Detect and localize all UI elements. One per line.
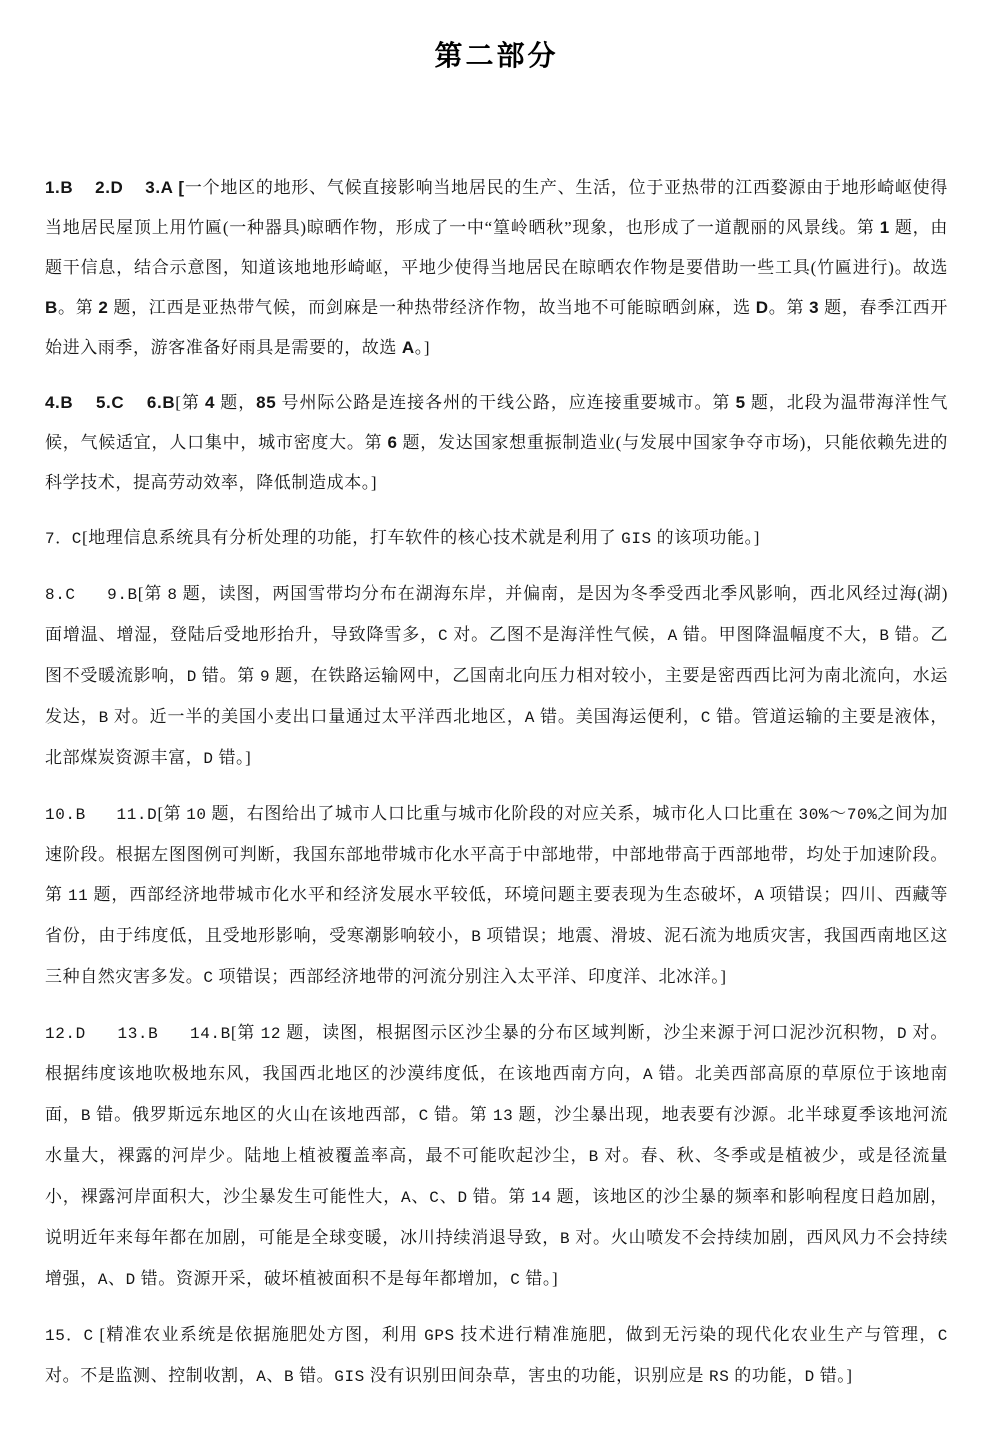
answer-key-text: A: [643, 1066, 653, 1084]
explanation-text: 错。第: [468, 1187, 532, 1206]
answer-key-text: 10.B 11.D: [45, 806, 157, 824]
answer-key-text: 5: [736, 393, 746, 412]
answer-key-text: 85: [256, 393, 276, 412]
explanation-text: 。第: [769, 298, 809, 317]
answer-key-text: A: [256, 1368, 266, 1386]
answer-key-text: RS: [709, 1368, 729, 1386]
explanation-text: 项错误；西部经济地带的河流分别注入太平洋、印度洋、北冰洋。]: [214, 967, 727, 986]
answer-key-text: C: [419, 1107, 429, 1125]
answer-key-text: A: [525, 709, 535, 727]
answer-key-text: 1.B 2.D 3.A [: [45, 178, 185, 197]
explanation-text: 。第: [58, 298, 98, 317]
answer-paragraph-answers-10-11: 10.B 11.D[第 10 题，右图给出了城市人口比重与城市化阶段的对应关系，…: [45, 794, 948, 998]
answer-key-text: D: [126, 1271, 136, 1289]
answer-key-text: GPS: [424, 1327, 455, 1345]
answer-key-text: 12.D 13.B 14.B: [45, 1025, 231, 1043]
answer-key-text: 8.C 9.B: [45, 586, 138, 604]
answer-key-text: 10: [186, 806, 206, 824]
answer-explanations: 1.B 2.D 3.A [一个地区的地形、气候直接影响当地居民的生产、生活，位于…: [45, 168, 948, 1397]
answer-key-text: 13: [493, 1107, 513, 1125]
answer-paragraph-answer-7: 7．C[地理信息系统具有分析处理的功能，打车软件的核心技术就是利用了 GIS 的…: [45, 518, 948, 559]
answer-paragraph-answers-4-6: 4.B 5.C 6.B[第 4 题，85 号州际公路是连接各州的干线公路，应连接…: [45, 383, 948, 503]
document-page: 第二部分 1.B 2.D 3.A [一个地区的地形、气候直接影响当地居民的生产、…: [0, 0, 992, 1452]
answer-key-text: D: [203, 750, 213, 768]
answer-key-text: B: [284, 1368, 294, 1386]
answer-key-text: 12: [261, 1025, 281, 1043]
answer-key-text: 30%: [799, 806, 830, 824]
explanation-text: 、: [439, 1187, 457, 1206]
page-title: 第二部分: [45, 34, 948, 74]
explanation-text: [精准农业系统是依据施肥处方图，利用: [94, 1325, 424, 1344]
answer-key-text: 8: [167, 586, 177, 604]
explanation-text: 没有识别田间杂草，害虫的功能，识别应是: [365, 1366, 709, 1385]
explanation-text: 、: [266, 1366, 284, 1385]
answer-key-text: B: [589, 1148, 599, 1166]
answer-key-text: C: [938, 1327, 948, 1345]
answer-key-text: 3: [809, 298, 819, 317]
answer-key-text: B: [81, 1107, 91, 1125]
explanation-text: 的功能，: [729, 1366, 804, 1385]
explanation-text: 错。俄罗斯远东地区的火山在该地西部，: [91, 1105, 419, 1124]
answer-key-text: D: [897, 1025, 907, 1043]
answer-paragraph-answers-8-9: 8.C 9.B[第 8 题，读图，两国雪带均分布在湖海东岸，并偏南，是因为冬季受…: [45, 574, 948, 779]
answer-key-text: B: [471, 928, 481, 946]
answer-key-text: 14: [531, 1189, 551, 1207]
explanation-text: 题，: [215, 393, 256, 412]
answer-key-text: A: [754, 887, 764, 905]
answer-key-text: C: [438, 627, 448, 645]
explanation-text: 对。近一半的美国小麦出口量通过太平洋西北地区，: [109, 707, 525, 726]
explanation-text: 错。]: [815, 1366, 853, 1385]
answer-key-text: 7．C: [45, 530, 82, 548]
explanation-text: 技术进行精准施肥，做到无污染的现代化农业生产与管理，: [455, 1325, 938, 1344]
explanation-text: 错。]: [520, 1269, 558, 1288]
answer-key-text: GIS: [334, 1368, 365, 1386]
explanation-text: 题，右图给出了城市人口比重与城市化阶段的对应关系，城市化人口比重在: [207, 804, 799, 823]
explanation-text: 错。资源开采，破坏植被面积不是每年都增加，: [136, 1269, 510, 1288]
answer-key-text: C: [203, 969, 213, 987]
explanation-text: [第: [231, 1023, 261, 1042]
explanation-text: 错。]: [214, 748, 252, 767]
explanation-text: [第: [138, 584, 168, 603]
answer-paragraph-answers-12-14: 12.D 13.B 14.B[第 12 题，读图，根据图示区沙尘暴的分布区域判断…: [45, 1013, 948, 1300]
answer-paragraph-answer-15: 15．C [精准农业系统是依据施肥处方图，利用 GPS 技术进行精准施肥，做到无…: [45, 1315, 948, 1397]
answer-key-text: 70%: [847, 806, 878, 824]
answer-key-text: C: [429, 1189, 439, 1207]
explanation-text: 错。: [294, 1366, 334, 1385]
explanation-text: [地理信息系统具有分析处理的功能，打车软件的核心技术就是利用了: [82, 528, 621, 547]
answer-key-text: 4.B 5.C 6.B: [45, 393, 175, 412]
answer-key-text: C: [701, 709, 711, 727]
explanation-text: 错。第: [197, 666, 260, 685]
explanation-text: 题，西部经济地带城市化水平和经济发展水平较低，环境问题主要表现为生态破坏，: [88, 885, 754, 904]
explanation-text: 题，江西是亚热带气候，而剑麻是一种热带经济作物，故当地不可能晾晒剑麻，选: [108, 298, 755, 317]
answer-key-text: 2: [98, 298, 108, 317]
answer-key-text: B: [99, 709, 109, 727]
explanation-text: 错。美国海运便利，: [535, 707, 701, 726]
answer-key-text: A: [401, 1189, 411, 1207]
answer-key-text: B: [45, 298, 58, 317]
explanation-text: 错。甲图降温幅度不大，: [678, 625, 880, 644]
answer-key-text: 4: [205, 393, 215, 412]
answer-key-text: 9: [260, 668, 270, 686]
answer-key-text: A: [402, 338, 415, 357]
answer-key-text: C: [510, 1271, 520, 1289]
explanation-text: 对。不是监测、控制收割，: [45, 1366, 256, 1385]
explanation-text: 、: [108, 1269, 126, 1288]
explanation-text: 。]: [415, 338, 430, 357]
explanation-text: [第: [175, 393, 205, 412]
explanation-text: 的该项功能。]: [652, 528, 760, 547]
explanation-text: [第: [157, 804, 186, 823]
answer-key-text: D: [756, 298, 769, 317]
answer-key-text: A: [668, 627, 678, 645]
answer-key-text: D: [805, 1368, 815, 1386]
answer-key-text: 1: [880, 218, 890, 237]
explanation-text: 错。第: [429, 1105, 493, 1124]
answer-key-text: A: [98, 1271, 108, 1289]
explanation-text: 、: [411, 1187, 429, 1206]
answer-key-text: 6: [387, 433, 397, 452]
explanation-text: 题，读图，根据图示区沙尘暴的分布区域判断，沙尘来源于河口泥沙沉积物，: [281, 1023, 897, 1042]
explanation-text: 对。乙图不是海洋性气候，: [448, 625, 667, 644]
answer-key-text: D: [187, 668, 197, 686]
answer-key-text: B: [879, 627, 889, 645]
explanation-text: ～: [829, 804, 847, 823]
answer-key-text: 11: [68, 887, 88, 905]
answer-key-text: 15．C: [45, 1327, 94, 1345]
answer-key-text: GIS: [621, 530, 652, 548]
explanation-text: 号州际公路是连接各州的干线公路，应连接重要城市。第: [276, 393, 735, 412]
answer-key-text: B: [560, 1230, 570, 1248]
answer-paragraph-answers-1-3: 1.B 2.D 3.A [一个地区的地形、气候直接影响当地居民的生产、生活，位于…: [45, 168, 948, 368]
answer-key-text: D: [457, 1189, 467, 1207]
